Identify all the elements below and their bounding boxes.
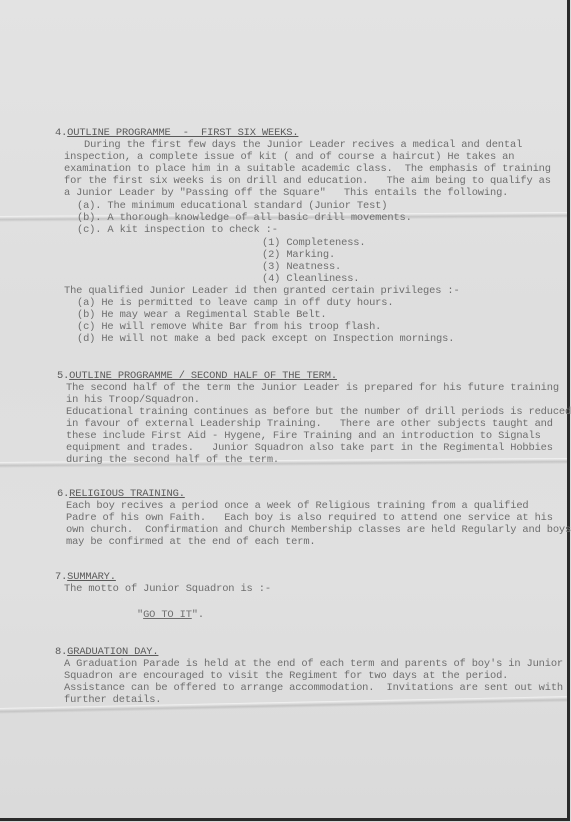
section-8-heading: 8.GRADUATION DAY. bbox=[55, 646, 158, 658]
section-4-para-line: During the first few days the Junior Lea… bbox=[84, 139, 522, 151]
section-4-item: (b). A thorough knowledge of all basic d… bbox=[77, 212, 412, 224]
section-5-line: during the second half of the term. bbox=[66, 454, 279, 466]
section-8-line: Squadron are encouraged to visit the Reg… bbox=[64, 670, 508, 682]
privilege-item: (a) He is permitted to leave camp in off… bbox=[77, 297, 393, 309]
privileges-intro: The qualified Junior Leader id then gran… bbox=[64, 285, 460, 297]
section-4-item: (c). A kit inspection to check :- bbox=[77, 224, 278, 236]
section-8-line: A Graduation Parade is held at the end o… bbox=[64, 658, 563, 670]
section-5-line: Educational training continues as before… bbox=[66, 406, 571, 418]
section-8-line: Assistance can be offered to arrange acc… bbox=[64, 682, 563, 694]
motto: "GO TO IT". bbox=[137, 609, 204, 621]
section-5-line: these include First Aid - Hygene, Fire T… bbox=[66, 430, 541, 442]
section-7-heading: 7.SUMMARY. bbox=[55, 571, 116, 583]
section-6-line: Each boy recives a period once a week of… bbox=[66, 500, 529, 512]
section-4-para-line: a Junior Leader by "Passing off the Squa… bbox=[64, 187, 508, 199]
section-4-para-line: inspection, a complete issue of kit ( an… bbox=[64, 151, 514, 163]
kit-check-item: (3) Neatness. bbox=[262, 261, 341, 273]
kit-check-item: (1) Completeness. bbox=[262, 237, 365, 249]
privilege-item: (d) He will not make a bed pack except o… bbox=[77, 333, 454, 345]
section-4-item: (a). The minimum educational standard (J… bbox=[77, 200, 387, 212]
kit-check-item: (4) Cleanliness. bbox=[262, 273, 359, 285]
summary-line: The motto of Junior Squadron is :- bbox=[64, 583, 271, 595]
section-5-line: The second half of the term the Junior L… bbox=[66, 382, 559, 394]
section-6-line: own church. Confirmation and Church Memb… bbox=[66, 524, 571, 536]
section-4-para-line: examination to place him in a suitable a… bbox=[64, 163, 551, 175]
section-4-para-line: for the first six weeks is on drill and … bbox=[64, 175, 551, 187]
section-5-line: in his Troop/Squadron. bbox=[66, 394, 200, 406]
section-6-line: Padre of his own Faith. Each boy is also… bbox=[66, 512, 553, 524]
section-5-heading: 5.OUTLINE PROGRAMME / SECOND HALF OF THE… bbox=[57, 370, 337, 382]
section-5-line: equipment and trades. Junior Squadron al… bbox=[66, 442, 553, 454]
privilege-item: (b) He may wear a Regimental Stable Belt… bbox=[77, 309, 327, 321]
section-8-line: further details. bbox=[64, 694, 161, 706]
document-page: 4.OUTLINE PROGRAMME - FIRST SIX WEEKS. D… bbox=[0, 0, 570, 821]
section-6-line: may be confirmed at the end of each term… bbox=[66, 536, 316, 548]
kit-check-item: (2) Marking. bbox=[262, 249, 335, 261]
section-4-heading: 4.OUTLINE PROGRAMME - FIRST SIX WEEKS. bbox=[55, 127, 298, 139]
section-5-line: in favour of external Leadership Trainin… bbox=[66, 418, 553, 430]
privilege-item: (c) He will remove White Bar from his tr… bbox=[77, 321, 381, 333]
section-6-heading: 6.RELIGIOUS TRAINING. bbox=[57, 488, 185, 500]
